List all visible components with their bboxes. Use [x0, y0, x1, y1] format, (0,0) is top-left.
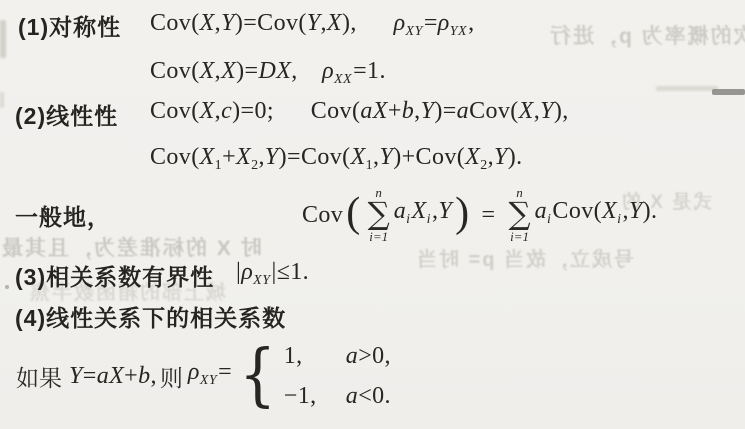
bleedthrough-line-top-right: 一次的概率为 p，进行	[548, 20, 745, 50]
case-row-positive: 1, a>0,	[284, 341, 391, 371]
rho-equals: ρXY=	[188, 357, 232, 396]
case-value: 1,	[284, 341, 346, 371]
sigma-icon: ∑	[368, 200, 390, 229]
property-2-heading: (2)线性性	[15, 98, 118, 131]
generally-lead-text: 一般地，	[15, 199, 111, 232]
ink-speck	[5, 285, 9, 289]
scan-streak-dark	[712, 89, 745, 95]
sum-lower-limit: i=1	[510, 230, 529, 244]
equals-sign: =	[482, 200, 496, 230]
cases-formula-line: 如果 Y=aX+b, 则 ρXY= { 1, a>0, −1, a<0.	[16, 336, 391, 416]
close-paren: )	[455, 192, 469, 234]
edge-smudge-2	[0, 92, 4, 108]
bleedthrough-line-mid-right: 号成立，故当 p= 时当	[415, 243, 634, 272]
cases-brace: {	[239, 342, 276, 410]
formula-linearity-line2: Cov(X1+X2,Y)=Cov(X1,Y)+Cov(X2,Y).	[150, 142, 523, 181]
sum-argument: aiXi,Y	[394, 196, 452, 235]
case-value: −1,	[284, 381, 346, 411]
if-text: 如果	[16, 360, 62, 393]
formula-bounded: |ρXY|≤1.	[236, 257, 309, 296]
formula-general-sum: Cov ( n ∑ i=1 aiXi,Y ) = n ∑ i=1 aiCov(X…	[302, 186, 657, 244]
cases-block: 1, a>0, −1, a<0.	[284, 341, 391, 411]
property-4-heading: (4)线性关系下的相关系数	[15, 300, 286, 333]
bleedthrough-line-mid-left: 时 X 的标准差为，且其最	[0, 232, 262, 262]
textbook-page: 一次的概率为 p，进行 时 X 的标准差为，且其最 号成立，故当 p= 时当 式…	[0, 0, 745, 429]
edge-smudge-1	[0, 20, 6, 58]
property-3-heading: (3)相关系数有界性	[15, 259, 214, 292]
case-condition: a<0.	[346, 381, 391, 411]
formula-symmetry-line2: Cov(X,X)=DX, ρXX=1.	[150, 56, 386, 95]
formula-linearity-line1: Cov(X,c)=0; Cov(aX+b,Y)=aCov(X,Y),	[150, 96, 569, 126]
summation-1: n ∑ i=1	[368, 186, 390, 244]
property-1-heading: (1)对称性	[18, 9, 121, 42]
open-paren: (	[346, 192, 360, 234]
case-condition: a>0,	[346, 341, 391, 371]
sum-result: aiCov(Xi,Y).	[535, 196, 658, 235]
then-text: 则	[160, 360, 183, 393]
case-row-negative: −1, a<0.	[284, 381, 391, 411]
cov-operator: Cov	[302, 200, 343, 230]
sum-lower-limit: i=1	[369, 230, 388, 244]
linear-equation: Y=aX+b,	[69, 361, 157, 391]
scan-streak-light	[656, 86, 718, 91]
sigma-icon: ∑	[508, 200, 530, 229]
formula-symmetry-line1: Cov(X,Y)=Cov(Y,X), ρXY=ρYX,	[150, 8, 474, 47]
summation-2: n ∑ i=1	[508, 186, 530, 244]
